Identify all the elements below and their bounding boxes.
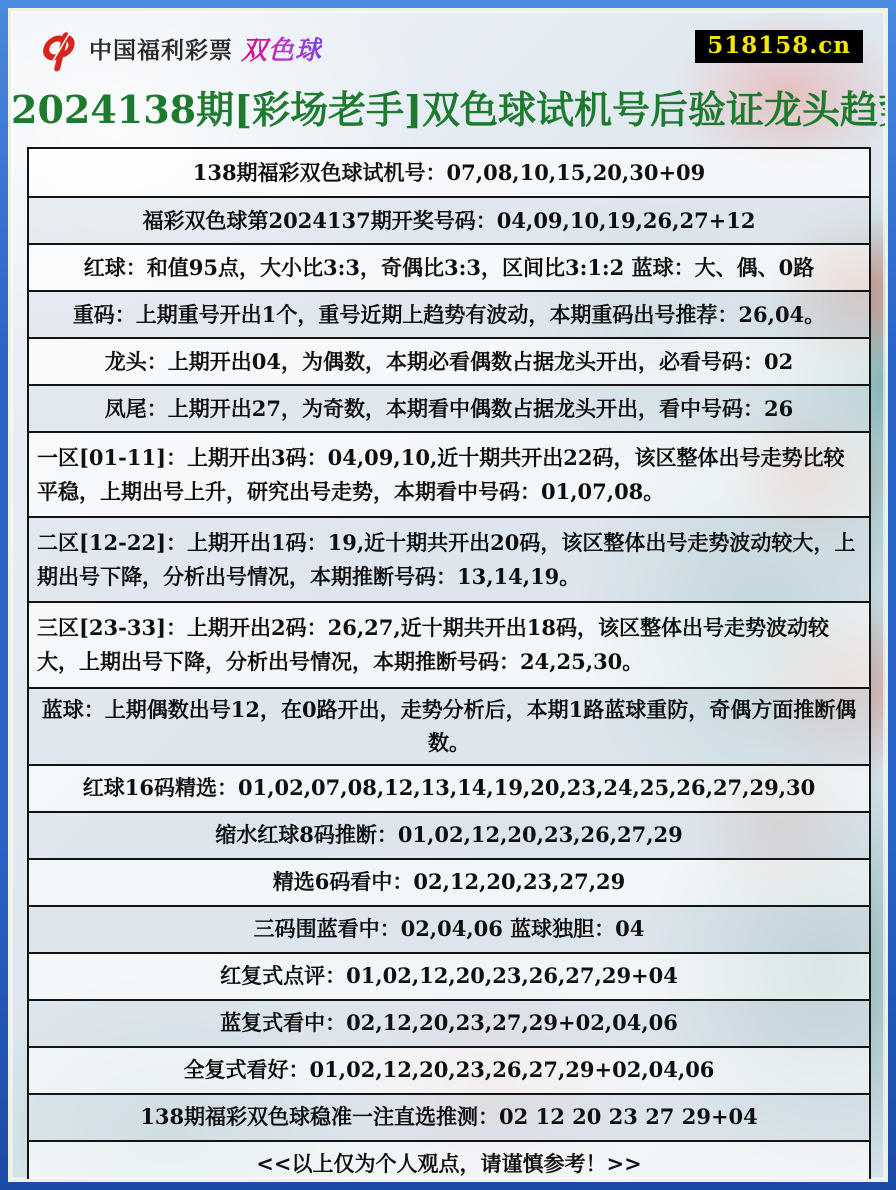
site-url-badge[interactable]: 518158.cn xyxy=(695,30,863,63)
table-row: 三码围蓝看中：02,04,06 蓝球独胆：04 xyxy=(29,905,869,952)
row-text: 蓝复式看中：02,12,20,23,27,29+02,04,06 xyxy=(220,1006,678,1040)
table-row: 红球：和值95点，大小比3:3，奇偶比3:3，区间比3:1:2 蓝球：大、偶、0… xyxy=(29,243,869,290)
row-text: 缩水红球8码推断：01,02,12,20,23,26,27,29 xyxy=(215,818,683,852)
table-row: 蓝球：上期偶数出号12，在0路开出，走势分析后，本期1路蓝球重防，奇偶方面推断偶… xyxy=(29,687,869,764)
table-row: 红球16码精选：01,02,07,08,12,13,14,19,20,23,24… xyxy=(29,764,869,811)
table-row: 重码：上期重号开出1个，重号近期上趋势有波动，本期重码出号推荐：26,04。 xyxy=(29,290,869,337)
prediction-board: 138期福彩双色球试机号：07,08,10,15,20,30+09 福彩双色球第… xyxy=(27,147,871,1182)
table-row: 龙头：上期开出04，为偶数，本期必看偶数占据龙头开出，必看号码：02 xyxy=(29,337,869,384)
row-text: 二区[12-22]：上期开出1码：19,近十期共开出20码，该区整体出号走势波动… xyxy=(37,526,859,593)
row-text: 福彩双色球第2024137期开奖号码：04,09,10,19,26,27+12 xyxy=(143,204,756,238)
table-row: 精选6码看中：02,12,20,23,27,29 xyxy=(29,858,869,905)
page-background: 中国福利彩票 双色球 518158.cn 2024138期[彩场老手]双色球试机… xyxy=(8,8,888,1182)
page-frame: 中国福利彩票 双色球 518158.cn 2024138期[彩场老手]双色球试机… xyxy=(0,0,896,1190)
lottery-logo: 中国福利彩票 双色球 xyxy=(33,25,322,71)
table-row: 凤尾：上期开出27，为奇数，本期看中偶数占据龙头开出，看中号码：26 xyxy=(29,384,869,431)
row-text: 三码围蓝看中：02,04,06 蓝球独胆：04 xyxy=(254,912,645,946)
table-row: 蓝复式看中：02,12,20,23,27,29+02,04,06 xyxy=(29,999,869,1046)
header: 中国福利彩票 双色球 518158.cn xyxy=(11,11,885,73)
row-text: 全复式看好：01,02,12,20,23,26,27,29+02,04,06 xyxy=(184,1053,715,1087)
row-text: 一区[01-11]：上期开出3码：04,09,10,近十期共开出22码，该区整体… xyxy=(37,441,859,508)
row-text: 凤尾：上期开出27，为奇数，本期看中偶数占据龙头开出，看中号码：26 xyxy=(105,392,793,426)
row-text: <<以上仅为个人观点，请谨慎参考！>> xyxy=(256,1147,641,1181)
row-text: 蓝球：上期偶数出号12，在0路开出，走势分析后，本期1路蓝球重防，奇偶方面推断偶… xyxy=(39,693,859,760)
row-text: 龙头：上期开出04，为偶数，本期必看偶数占据龙头开出，必看号码：02 xyxy=(105,345,793,379)
china-welfare-lottery-logo-icon xyxy=(33,25,81,71)
row-text: 红球：和值95点，大小比3:3，奇偶比3:3，区间比3:1:2 蓝球：大、偶、0… xyxy=(84,251,814,285)
row-text: 红复式点评：01,02,12,20,23,26,27,29+04 xyxy=(220,959,678,993)
row-text: 精选6码看中：02,12,20,23,27,29 xyxy=(273,865,626,899)
page-title: 2024138期[彩场老手]双色球试机号后验证龙头趋势 xyxy=(11,79,885,134)
table-row: 全复式看好：01,02,12,20,23,26,27,29+02,04,06 xyxy=(29,1046,869,1093)
table-row: 缩水红球8码推断：01,02,12,20,23,26,27,29 xyxy=(29,811,869,858)
row-text: 红球16码精选：01,02,07,08,12,13,14,19,20,23,24… xyxy=(83,771,815,805)
row-text: 重码：上期重号开出1个，重号近期上趋势有波动，本期重码出号推荐：26,04。 xyxy=(73,298,825,332)
table-row: <<以上仅为个人观点，请谨慎参考！>> xyxy=(29,1140,869,1182)
table-row: 二区[12-22]：上期开出1码：19,近十期共开出20码，该区整体出号走势波动… xyxy=(29,516,869,601)
table-row: 138期福彩双色球稳准一注直选推测：02 12 20 23 27 29+04 xyxy=(29,1093,869,1140)
row-text: 三区[23-33]：上期开出2码：26,27,近十期共开出18码，该区整体出号走… xyxy=(37,611,859,678)
table-row: 福彩双色球第2024137期开奖号码：04,09,10,19,26,27+12 xyxy=(29,196,869,243)
table-row: 三区[23-33]：上期开出2码：26,27,近十期共开出18码，该区整体出号走… xyxy=(29,601,869,686)
row-text: 138期福彩双色球试机号：07,08,10,15,20,30+09 xyxy=(193,156,706,190)
table-row: 红复式点评：01,02,12,20,23,26,27,29+04 xyxy=(29,952,869,999)
row-text: 138期福彩双色球稳准一注直选推测：02 12 20 23 27 29+04 xyxy=(140,1100,758,1134)
brand-product-name: 双色球 xyxy=(241,30,322,67)
brand-name: 中国福利彩票 xyxy=(89,32,233,65)
table-row: 138期福彩双色球试机号：07,08,10,15,20,30+09 xyxy=(29,149,869,196)
table-row: 一区[01-11]：上期开出3码：04,09,10,近十期共开出22码，该区整体… xyxy=(29,431,869,516)
